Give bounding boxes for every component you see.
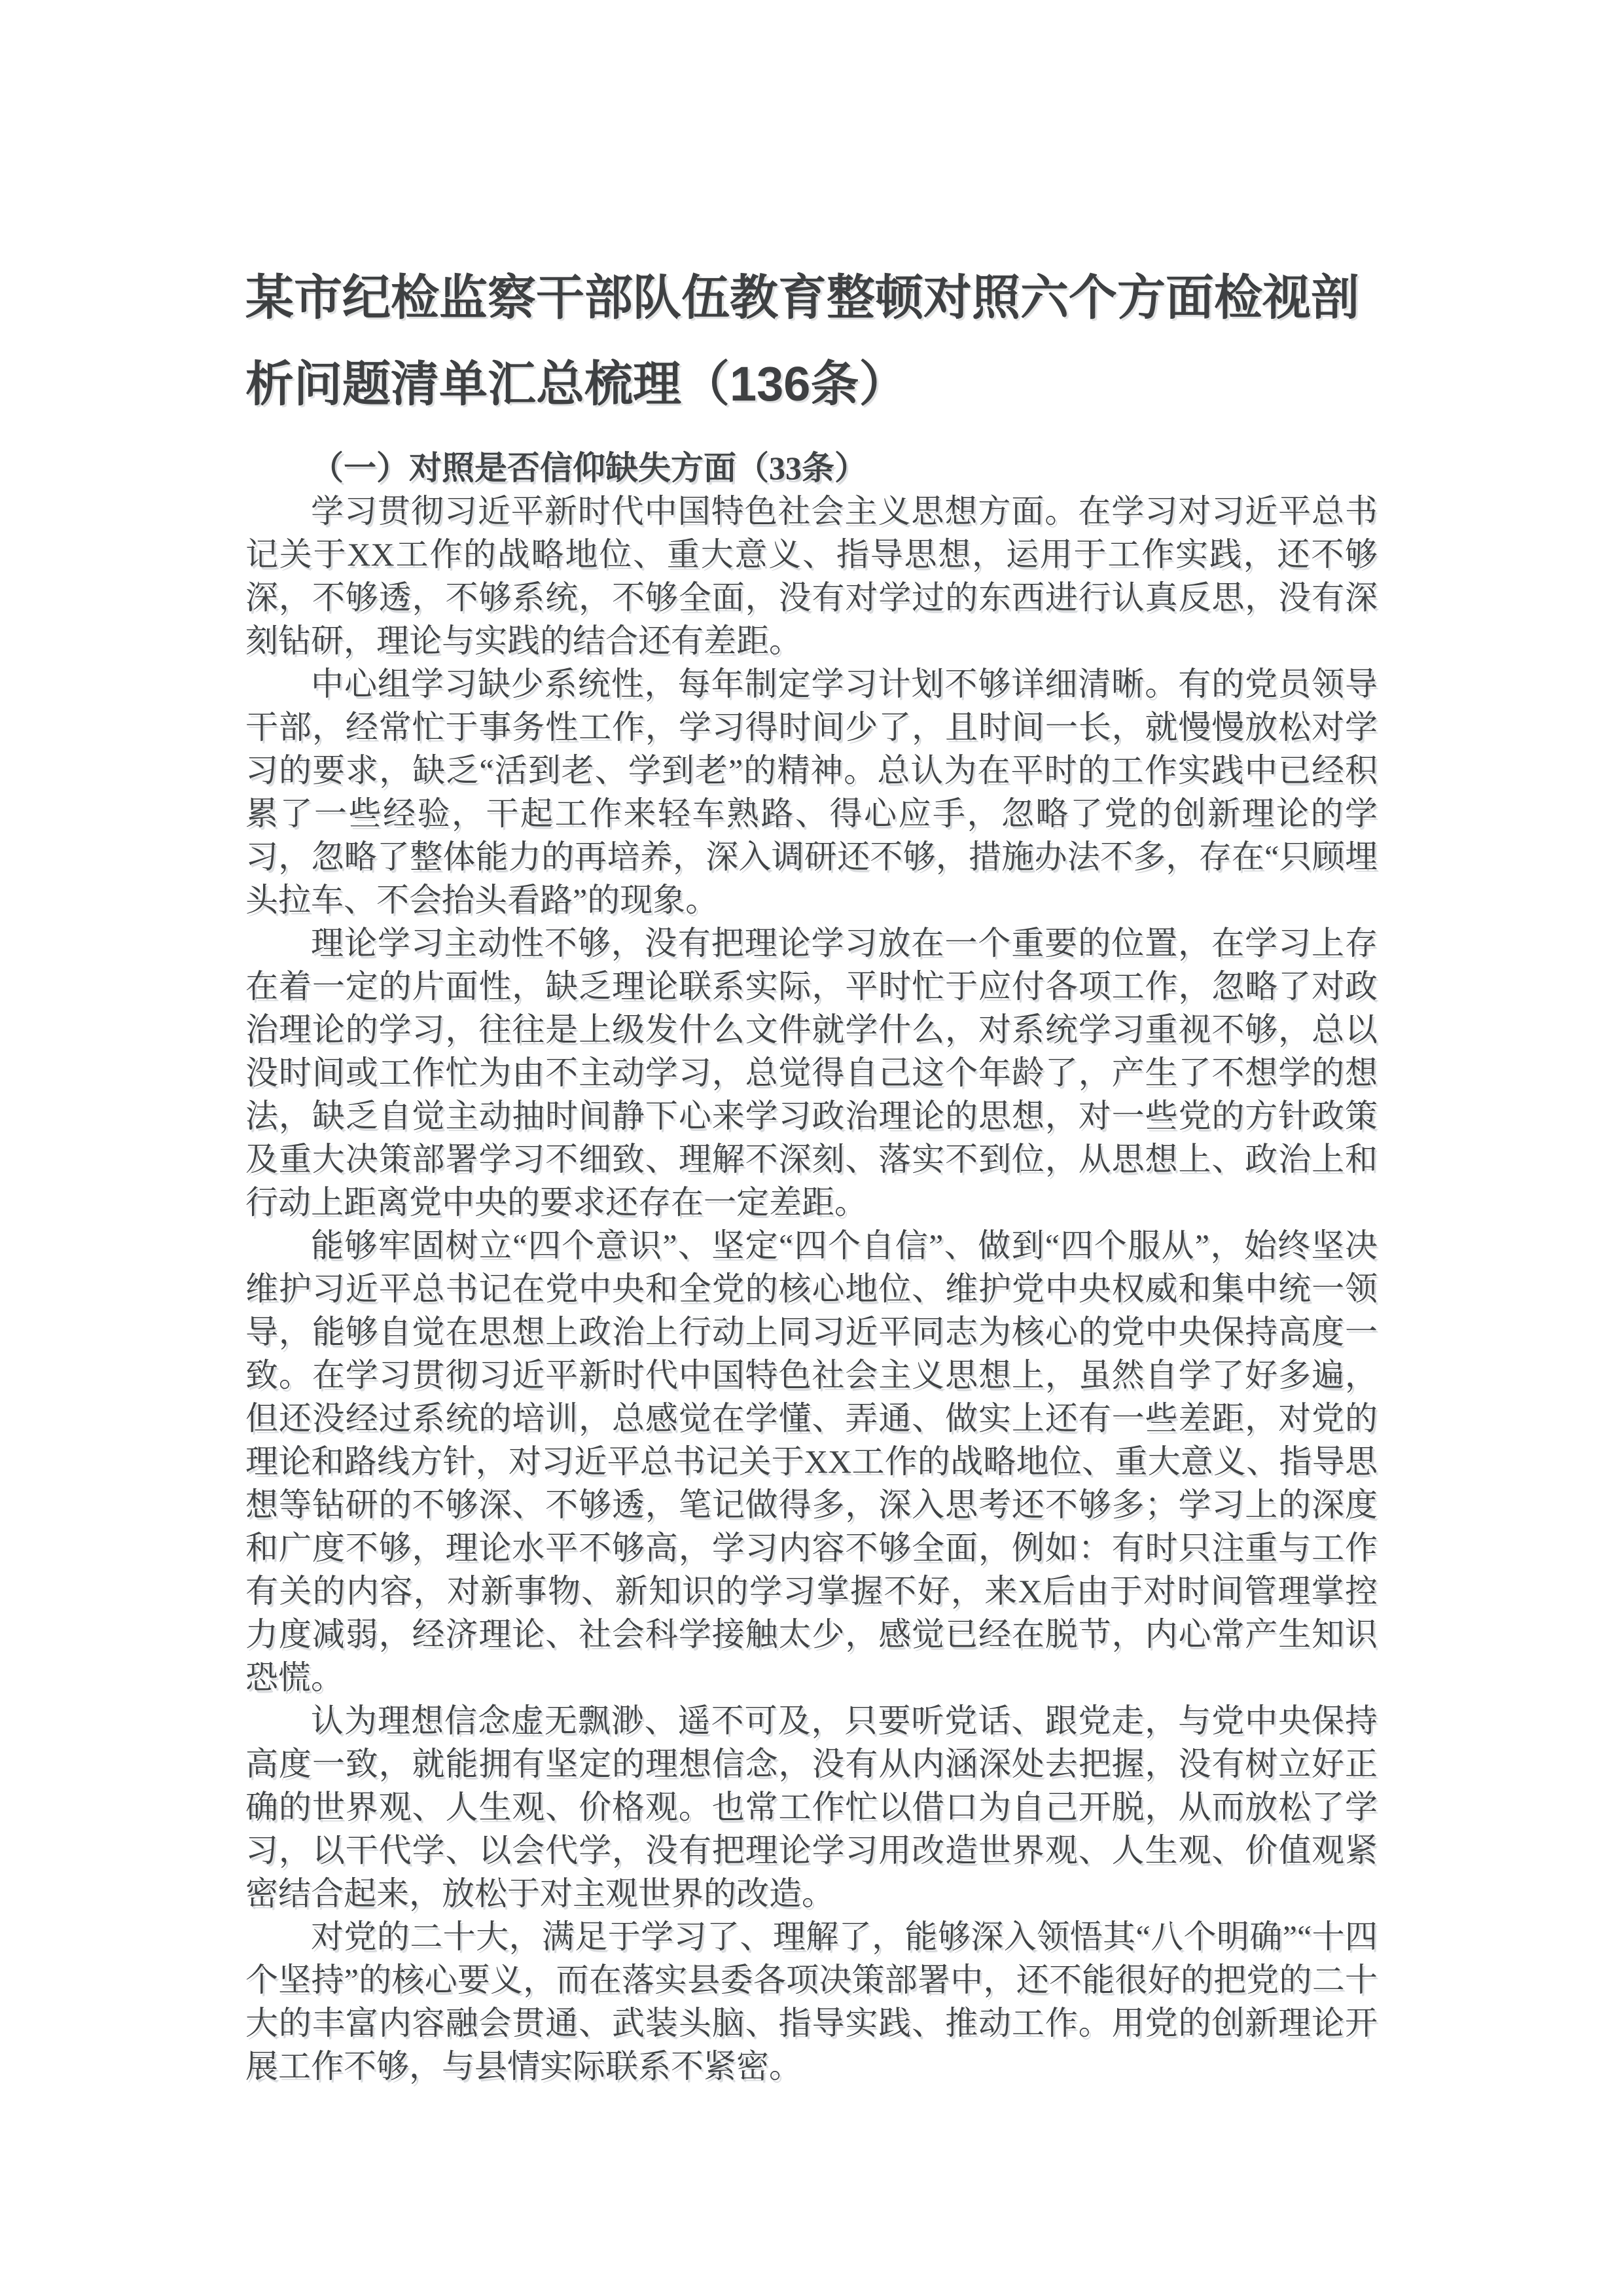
body-paragraph: 中心组学习缺少系统性，每年制定学习计划不够详细清晰。有的党员领导干部，经常忙于事… — [245, 662, 1378, 922]
document-body: （一）对照是否信仰缺失方面（33条） 学习贯彻习近平新时代中国特色社会主义思想方… — [245, 446, 1378, 2088]
document-title: 某市纪检监察干部队伍教育整顿对照六个方面检视剖析问题清单汇总梳理（136条） — [245, 255, 1378, 427]
body-paragraph: 能够牢固树立“四个意识”、坚定“四个自信”、做到“四个服从”，始终坚决维护习近平… — [245, 1224, 1378, 1699]
body-paragraph: 认为理想信念虚无飘渺、遥不可及，只要听党话、跟党走，与党中央保持高度一致，就能拥… — [245, 1699, 1378, 1915]
document-page: 某市纪检监察干部队伍教育整顿对照六个方面检视剖析问题清单汇总梳理（136条） （… — [0, 0, 1623, 2296]
body-paragraph: 理论学习主动性不够，没有把理论学习放在一个重要的位置，在学习上存在着一定的片面性… — [245, 922, 1378, 1224]
body-paragraph: 学习贯彻习近平新时代中国特色社会主义思想方面。在学习对习近平总书记关于XX工作的… — [245, 490, 1378, 662]
section-heading: （一）对照是否信仰缺失方面（33条） — [245, 446, 1378, 490]
body-paragraph: 对党的二十大，满足于学习了、理解了，能够深入领悟其“八个明确”“十四个坚持”的核… — [245, 1915, 1378, 2088]
